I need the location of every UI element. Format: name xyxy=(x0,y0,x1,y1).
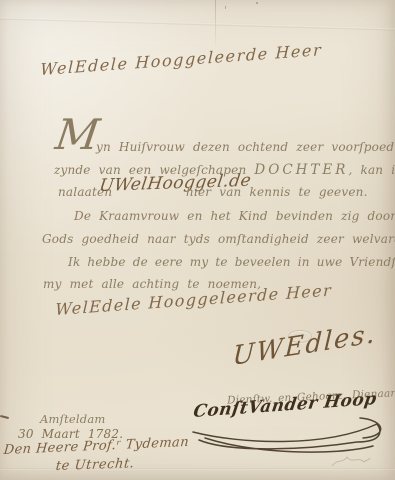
dateline-place: Amſteldam xyxy=(40,412,106,426)
salutation-top: WelEdele Hooggeleerde Heer xyxy=(40,40,323,79)
address-line-2: te Utrecht. xyxy=(55,456,135,474)
daughter-word: DOCHTER xyxy=(254,162,348,178)
paragraph2-line-1: De Kraamvrouw en het Kind bevinden zig d… xyxy=(74,209,395,223)
fold-crease-horizontal xyxy=(0,17,395,30)
letter-document: WelEdele Hooggeleerde Heer M yn Huiſvrou… xyxy=(0,0,395,480)
ink-mark-left-edge xyxy=(0,415,9,419)
ink-speck xyxy=(256,2,258,4)
fold-crease-vertical xyxy=(215,0,216,50)
paragraph3-line-1: Ik hebbe de eere my te beveelen in uwe V… xyxy=(68,255,395,269)
closing-handwritten: UWEdles. xyxy=(232,319,377,372)
body-line-3-post: hier van kennis te geeven. xyxy=(186,185,368,199)
paragraph2-line-2: Gods goedheid naar tyds omſtandigheid ze… xyxy=(42,232,395,246)
body-line-1: yn Huiſvrouw dezen ochtend zeer voorſpoe… xyxy=(96,140,395,154)
body-line-2-post: , kan ik niet xyxy=(348,163,395,177)
dropcap-initial: M xyxy=(53,114,102,156)
pencil-inscription xyxy=(328,450,373,472)
ink-speck xyxy=(225,6,226,9)
